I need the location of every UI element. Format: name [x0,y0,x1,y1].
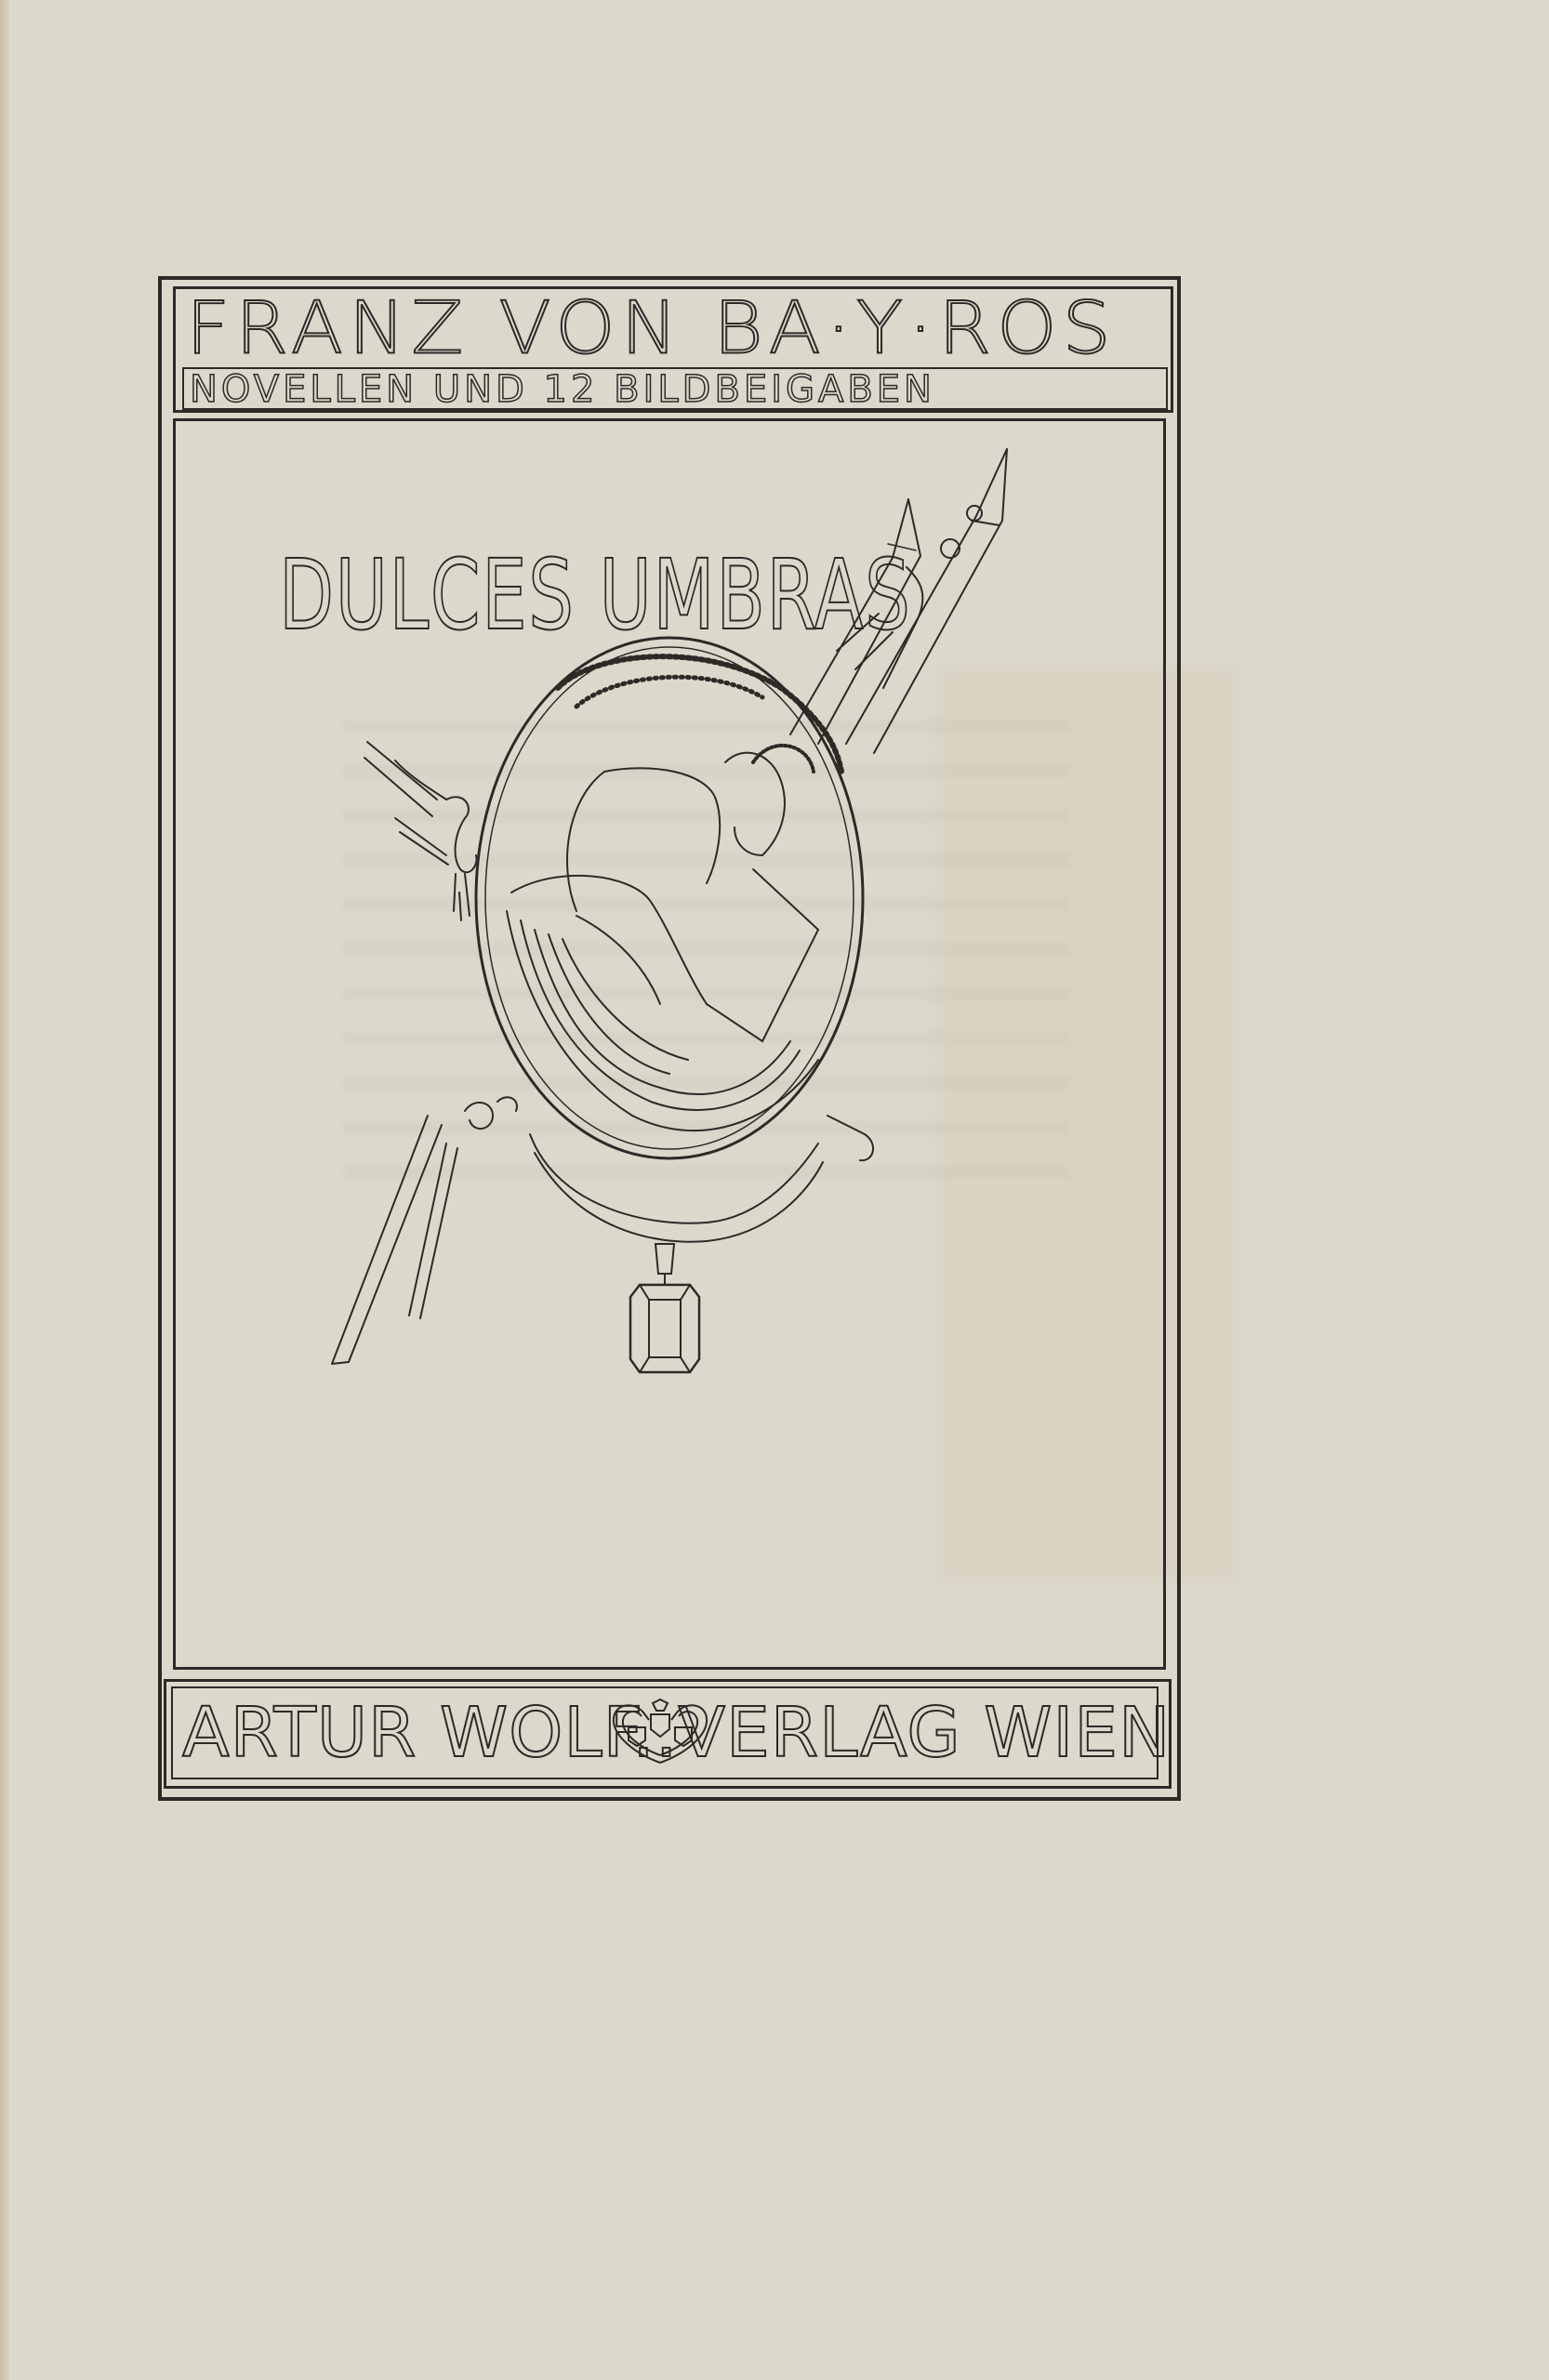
handles-icon [332,1116,873,1364]
author-name: FRANZ VON BA·Y·ROS [186,297,1162,361]
medallion-illustration [316,437,1060,1385]
publisher-name: ARTUR WOLF. [182,1699,655,1767]
medallion-frame [476,638,863,1158]
brushes-icon [364,742,477,920]
pendant-gem-icon [630,1244,699,1372]
pencils-icon [790,449,1007,753]
subtitle: NOVELLEN UND 12 BILDBEIGABEN [190,372,1160,407]
page-edge [0,0,9,2380]
publisher-city: .VERLAG WIEN [655,1699,1172,1767]
rose-garland [465,1097,517,1129]
publisher-monogram-icon [606,1698,714,1766]
